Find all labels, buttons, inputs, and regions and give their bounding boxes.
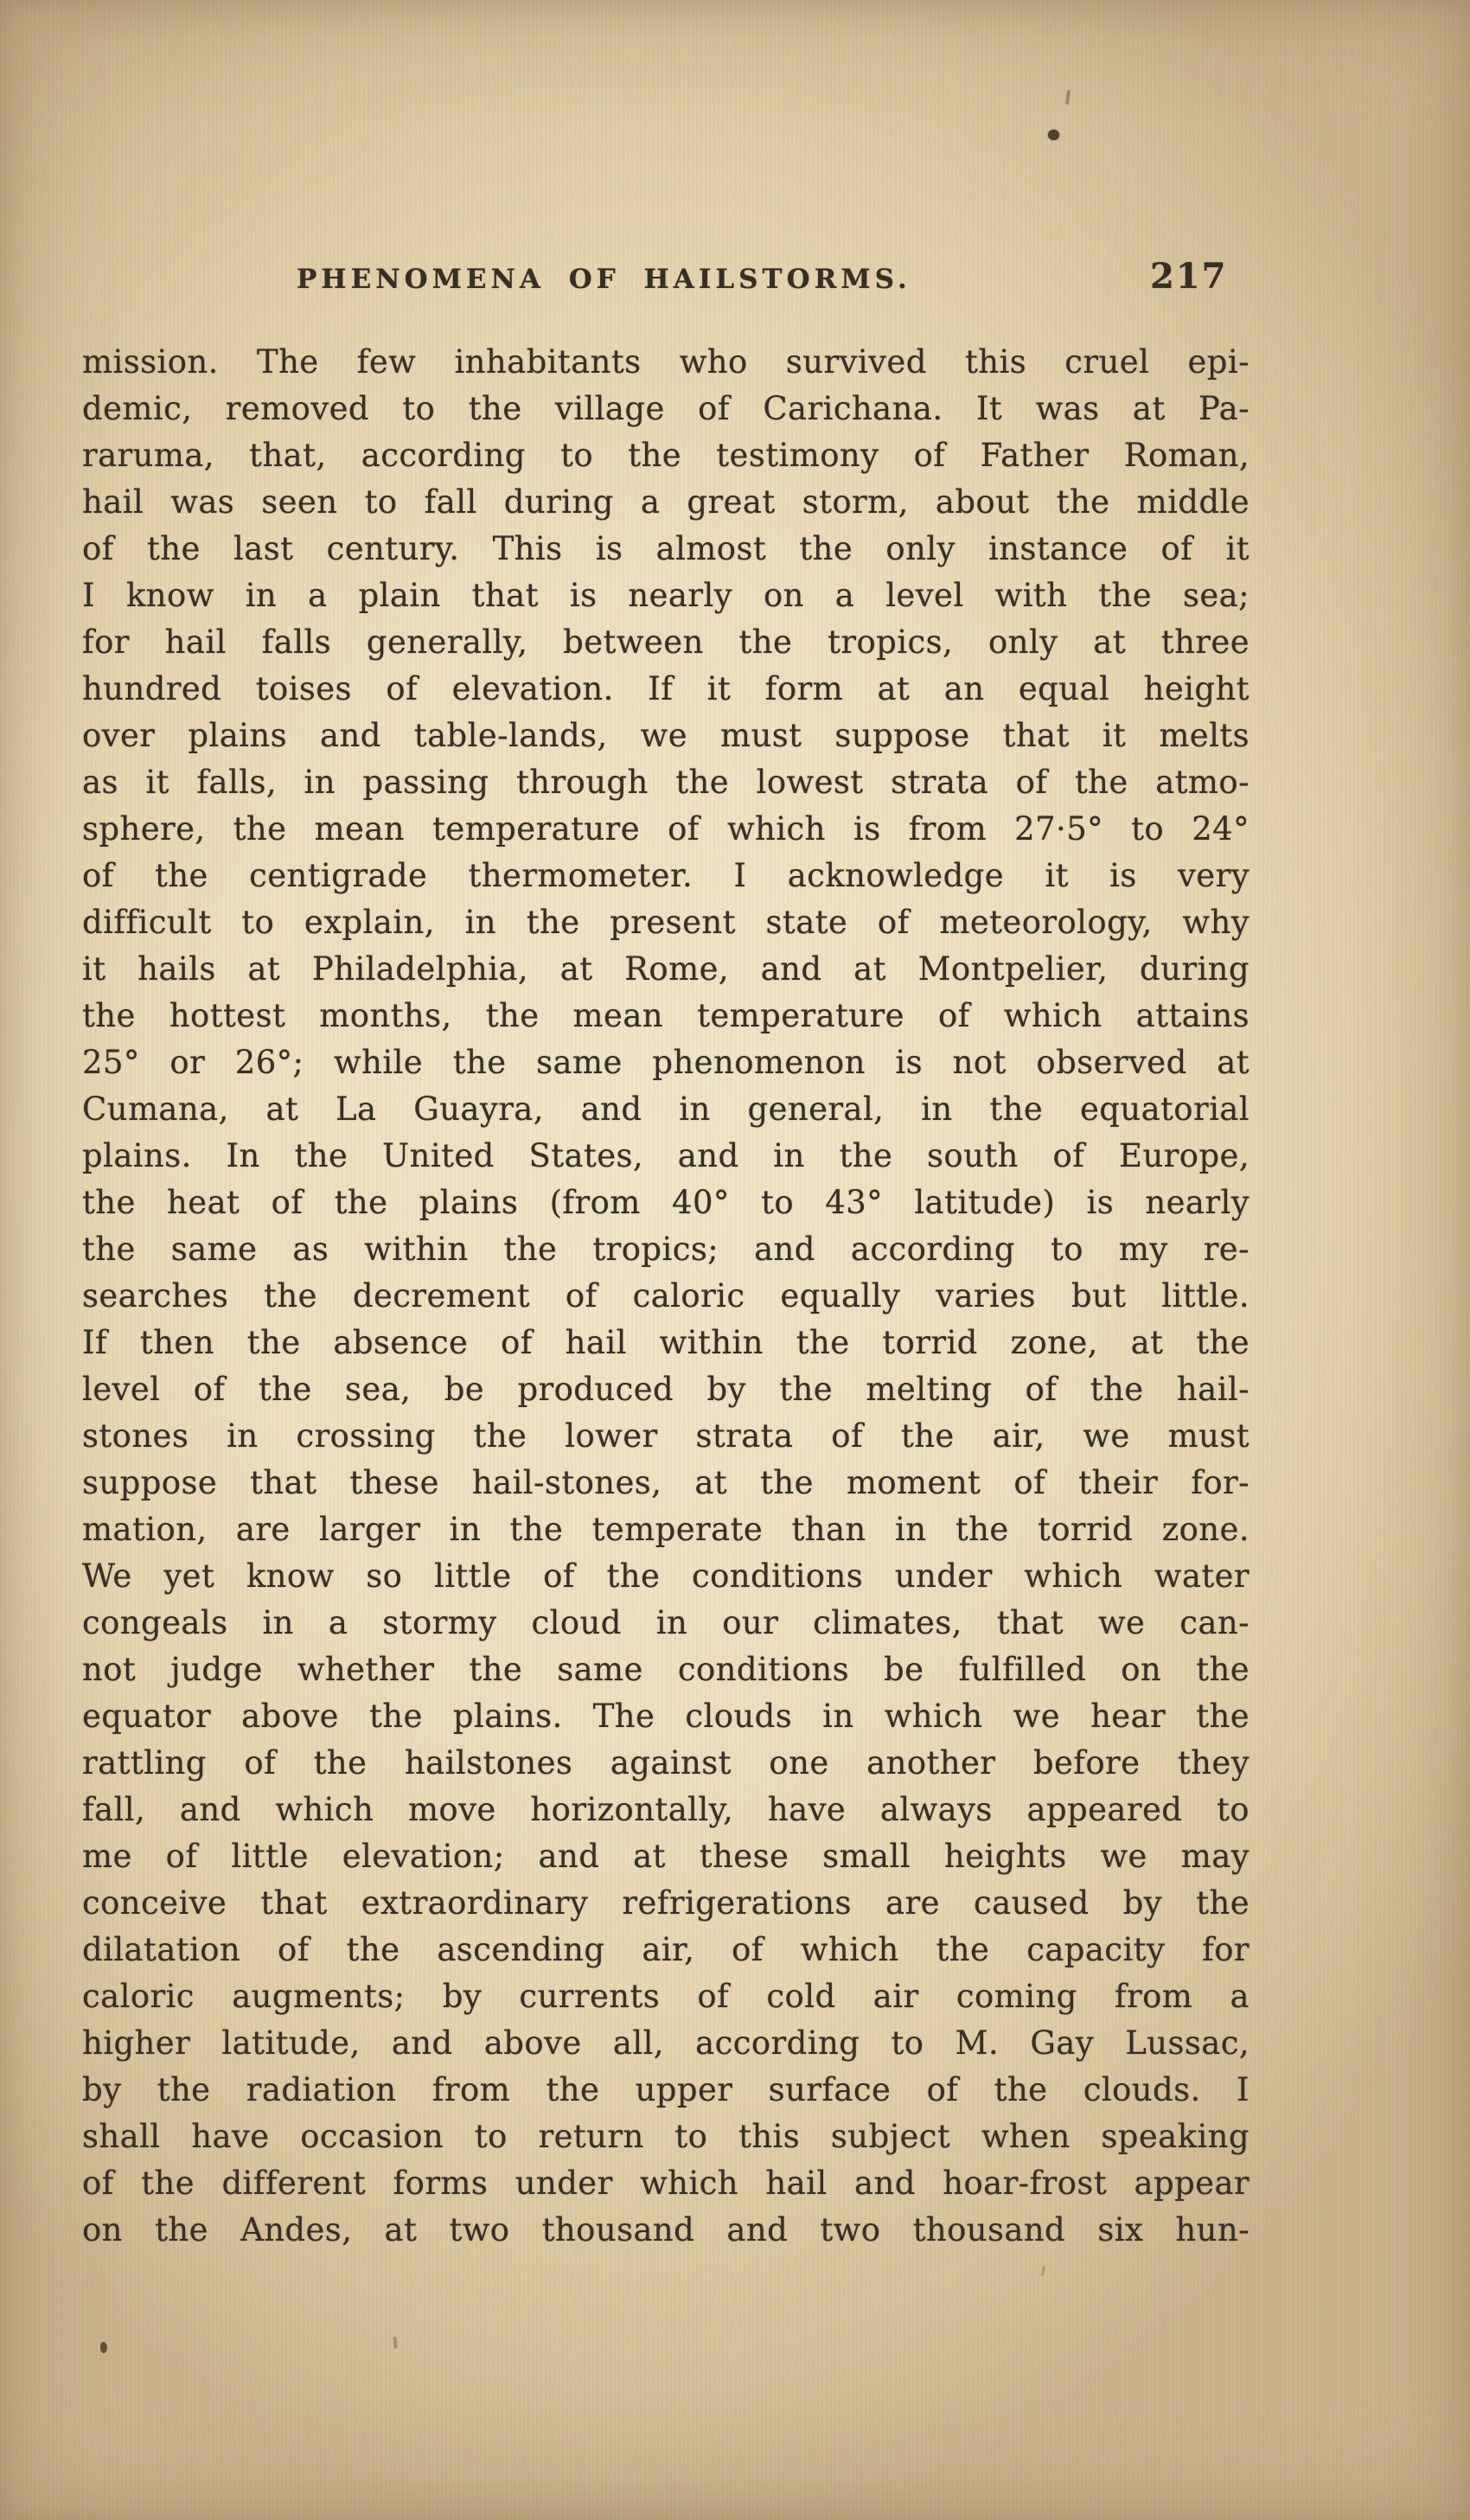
text-line: the heat of the plains (from 40° to 43° … bbox=[82, 1180, 1249, 1226]
text-line: hail was seen to fall during a great sto… bbox=[82, 479, 1249, 526]
text-line: difficult to explain, in the present sta… bbox=[82, 899, 1249, 946]
text-line: the same as within the tropics; and acco… bbox=[82, 1226, 1249, 1273]
running-header-title: PHENOMENA OF HAILSTORMS. bbox=[297, 264, 911, 295]
text-line: fall, and which move horizontally, have … bbox=[82, 1787, 1249, 1833]
text-line: as it falls, in passing through the lowe… bbox=[82, 759, 1249, 806]
text-line: sphere, the mean temperature of which is… bbox=[82, 806, 1249, 853]
text-line: 25° or 26°; while the same phenomenon is… bbox=[82, 1039, 1249, 1086]
text-line: by the radiation from the upper surface … bbox=[82, 2067, 1249, 2114]
text-line: mation, are larger in the temperate than… bbox=[82, 1506, 1249, 1553]
text-line: hundred toises of elevation. If it form … bbox=[82, 666, 1249, 713]
text-line: I know in a plain that is nearly on a le… bbox=[82, 572, 1249, 619]
text-line: not judge whether the same conditions be… bbox=[82, 1647, 1249, 1693]
text-line: dilatation of the ascending air, of whic… bbox=[82, 1927, 1249, 1973]
text-line: it hails at Philadelphia, at Rome, and a… bbox=[82, 946, 1249, 993]
paper-speck bbox=[100, 2342, 107, 2353]
text-line: caloric augments; by currents of cold ai… bbox=[82, 1973, 1249, 2020]
text-line: searches the decrement of caloric equall… bbox=[82, 1273, 1249, 1320]
scanned-book-page: PHENOMENA OF HAILSTORMS. 217 mission. Th… bbox=[0, 0, 1470, 2520]
text-line: raruma, that, according to the testimony… bbox=[82, 432, 1249, 479]
paper-fiber bbox=[393, 2337, 397, 2349]
text-line: conceive that extraordinary refrigeratio… bbox=[82, 1880, 1249, 1927]
text-line: over plains and table-lands, we must sup… bbox=[82, 713, 1249, 759]
text-line: congeals in a stormy cloud in our climat… bbox=[82, 1600, 1249, 1647]
text-line: suppose that these hail-stones, at the m… bbox=[82, 1460, 1249, 1506]
text-line: of the different forms under which hail … bbox=[82, 2160, 1249, 2207]
text-line: for hail falls generally, between the tr… bbox=[82, 619, 1249, 666]
text-line: equator above the plains. The clouds in … bbox=[82, 1693, 1249, 1740]
text-line: of the last century. This is almost the … bbox=[82, 526, 1249, 572]
text-line: level of the sea, be produced by the mel… bbox=[82, 1366, 1249, 1413]
text-line: me of little elevation; and at these sma… bbox=[82, 1833, 1249, 1880]
text-line: shall have occasion to return to this su… bbox=[82, 2114, 1249, 2160]
text-line: Cumana, at La Guayra, and in general, in… bbox=[82, 1086, 1249, 1133]
text-line: rattling of the hailstones against one a… bbox=[82, 1740, 1249, 1787]
page-body-text: mission. The few inhabitants who survive… bbox=[82, 339, 1249, 2254]
text-line: the hottest months, the mean temperature… bbox=[82, 993, 1249, 1039]
page-number: 217 bbox=[1150, 256, 1228, 297]
paper-fiber bbox=[1041, 2266, 1045, 2276]
text-line: We yet know so little of the conditions … bbox=[82, 1553, 1249, 1600]
text-line: demic, removed to the village of Caricha… bbox=[82, 386, 1249, 432]
text-line: higher latitude, and above all, accordin… bbox=[82, 2020, 1249, 2067]
text-line: plains. In the United States, and in the… bbox=[82, 1133, 1249, 1180]
text-line: of the centigrade thermometer. I acknowl… bbox=[82, 853, 1249, 899]
text-line: on the Andes, at two thousand and two th… bbox=[82, 2207, 1249, 2254]
running-head: PHENOMENA OF HAILSTORMS. 217 bbox=[0, 0, 1470, 311]
text-line: mission. The few inhabitants who survive… bbox=[82, 339, 1249, 386]
text-line: If then the absence of hail within the t… bbox=[82, 1320, 1249, 1366]
text-line: stones in crossing the lower strata of t… bbox=[82, 1413, 1249, 1460]
